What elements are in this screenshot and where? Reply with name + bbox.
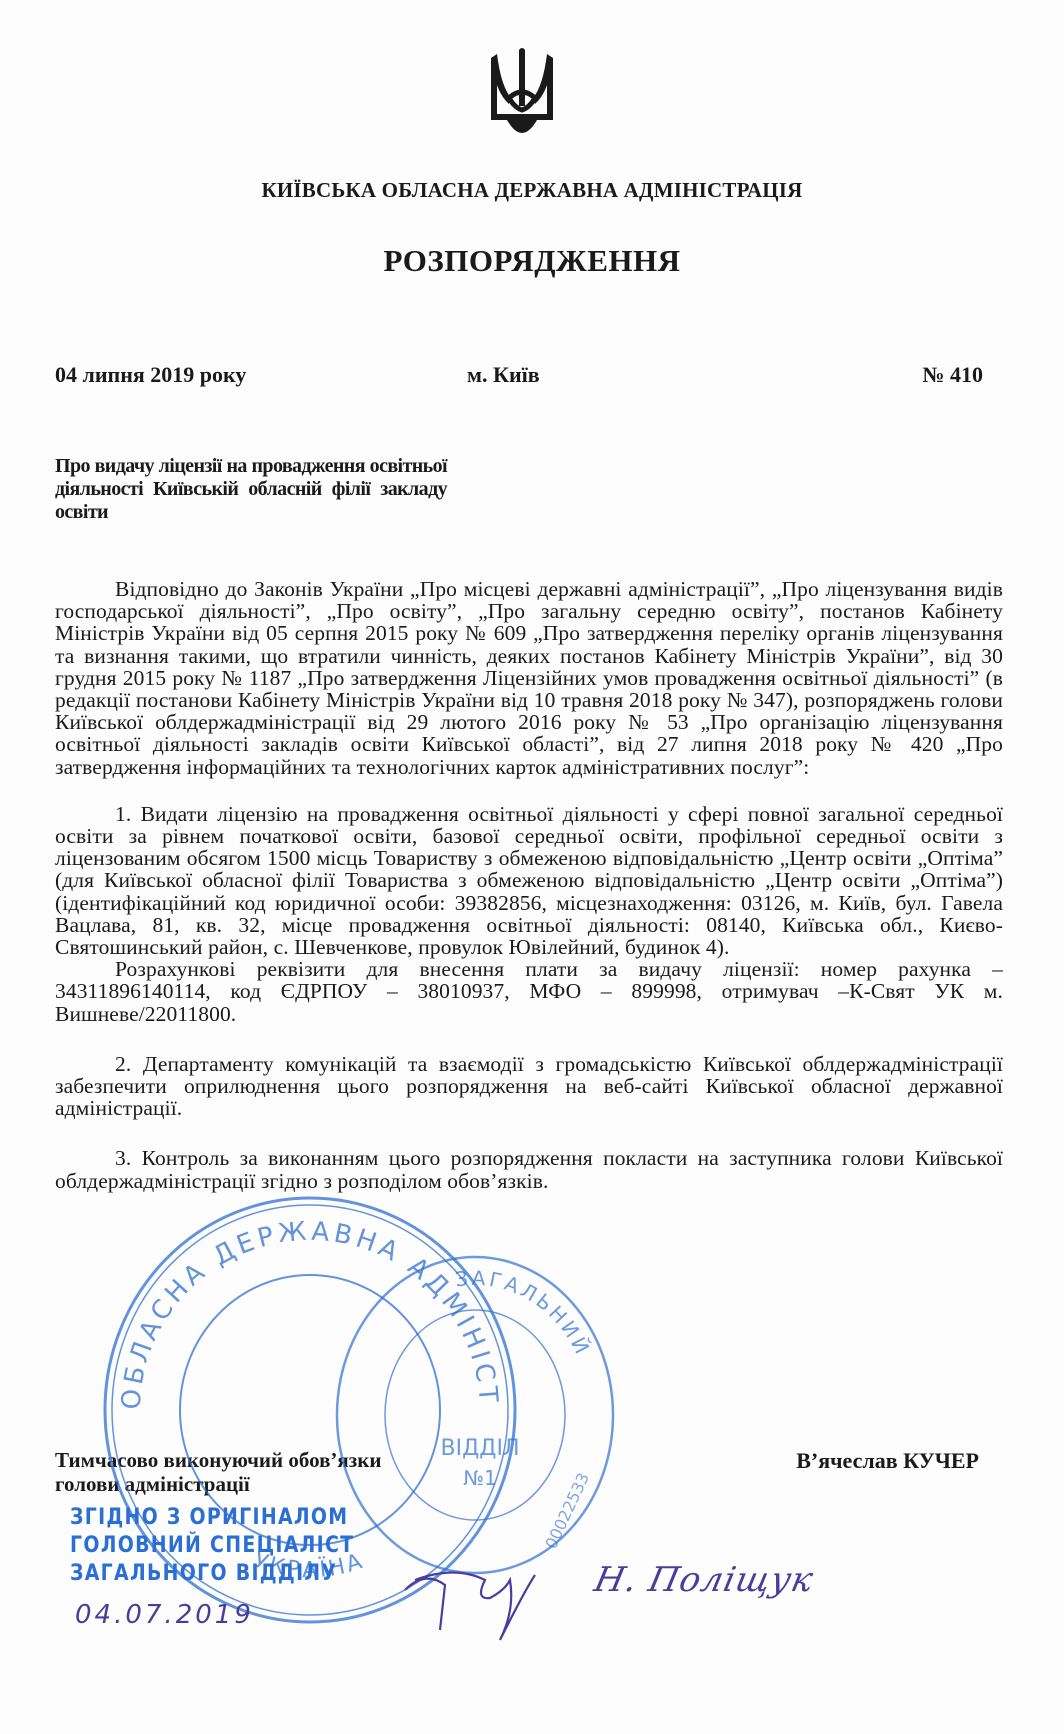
item-1-paragraph: 1. Видати ліцензію на провадження освітн… — [55, 803, 1003, 958]
handwritten-name: Н. Поліщук — [591, 1560, 817, 1600]
official-seal-small-icon: ЗАГАЛЬНИЙ ВІДДІЛ №1 00022533 — [330, 1250, 620, 1580]
copy-stamp-line-2: ГОЛОВНИЙ СПЕЦІАЛІСТ — [70, 1532, 354, 1560]
copy-stamp-line-3: ЗАГАЛЬНОГО ВІДДІЛУ — [70, 1560, 354, 1588]
signatory-position: Тимчасово виконуючий обов’язки голови ад… — [55, 1448, 381, 1496]
document-body: Відповідно до Законів України „Про місце… — [55, 578, 1003, 1192]
signatory-name: В’ячеслав КУЧЕР — [796, 1448, 979, 1474]
item-1-payment-paragraph: Розрахункові реквізити для внесення плат… — [55, 958, 1003, 1025]
preamble-paragraph: Відповідно до Законів України „Про місце… — [55, 578, 1003, 778]
handwritten-signature-icon — [395, 1560, 545, 1650]
signatory-position-line-1: Тимчасово виконуючий обов’язки — [55, 1448, 381, 1472]
small-seal-code-text: 00022533 — [541, 1470, 593, 1552]
small-seal-top-text: ЗАГАЛЬНИЙ — [454, 1266, 596, 1360]
signatory-position-line-2: голови адміністрації — [55, 1472, 381, 1496]
small-seal-middle-text: ВІДДІЛ — [441, 1436, 520, 1461]
certified-copy-stamp: ЗГІДНО З ОРИГІНАЛОМ ГОЛОВНИЙ СПЕЦІАЛІСТ … — [70, 1504, 354, 1588]
item-2-paragraph: 2. Департаменту комунікацій та взаємодії… — [55, 1053, 1003, 1120]
seal-top-text: ОБЛАСНА ДЕРЖАВНА АДМІНІСТРАЦІЯ — [95, 1190, 503, 1411]
document-page: КИЇВСЬКА ОБЛАСНА ДЕРЖАВНА АДМІНІСТРАЦІЯ … — [0, 0, 1064, 1734]
svg-text:ОБЛАСНА ДЕРЖАВНА АДМІНІСТРАЦІЯ: ОБЛАСНА ДЕРЖАВНА АДМІНІСТРАЦІЯ — [95, 1190, 503, 1411]
document-number: № 410 — [922, 362, 983, 388]
svg-text:ЗАГАЛЬНИЙ: ЗАГАЛЬНИЙ — [454, 1266, 596, 1360]
document-date: 04 липня 2019 року — [55, 362, 246, 388]
handwritten-date: 04.07.2019 — [75, 1600, 254, 1630]
trident-emblem-icon — [489, 46, 555, 146]
copy-stamp-line-1: ЗГІДНО З ОРИГІНАЛОМ — [70, 1504, 354, 1532]
document-subject: Про видачу ліцензії на провадження освіт… — [55, 455, 447, 524]
document-type-title: РОЗПОРЯДЖЕННЯ — [0, 243, 1064, 279]
item-3-paragraph: 3. Контроль за виконанням цього розпоряд… — [55, 1147, 1003, 1191]
organization-name: КИЇВСЬКА ОБЛАСНА ДЕРЖАВНА АДМІНІСТРАЦІЯ — [0, 178, 1064, 203]
document-city: м. Київ — [467, 362, 540, 388]
small-seal-number-text: №1 — [463, 1466, 497, 1490]
